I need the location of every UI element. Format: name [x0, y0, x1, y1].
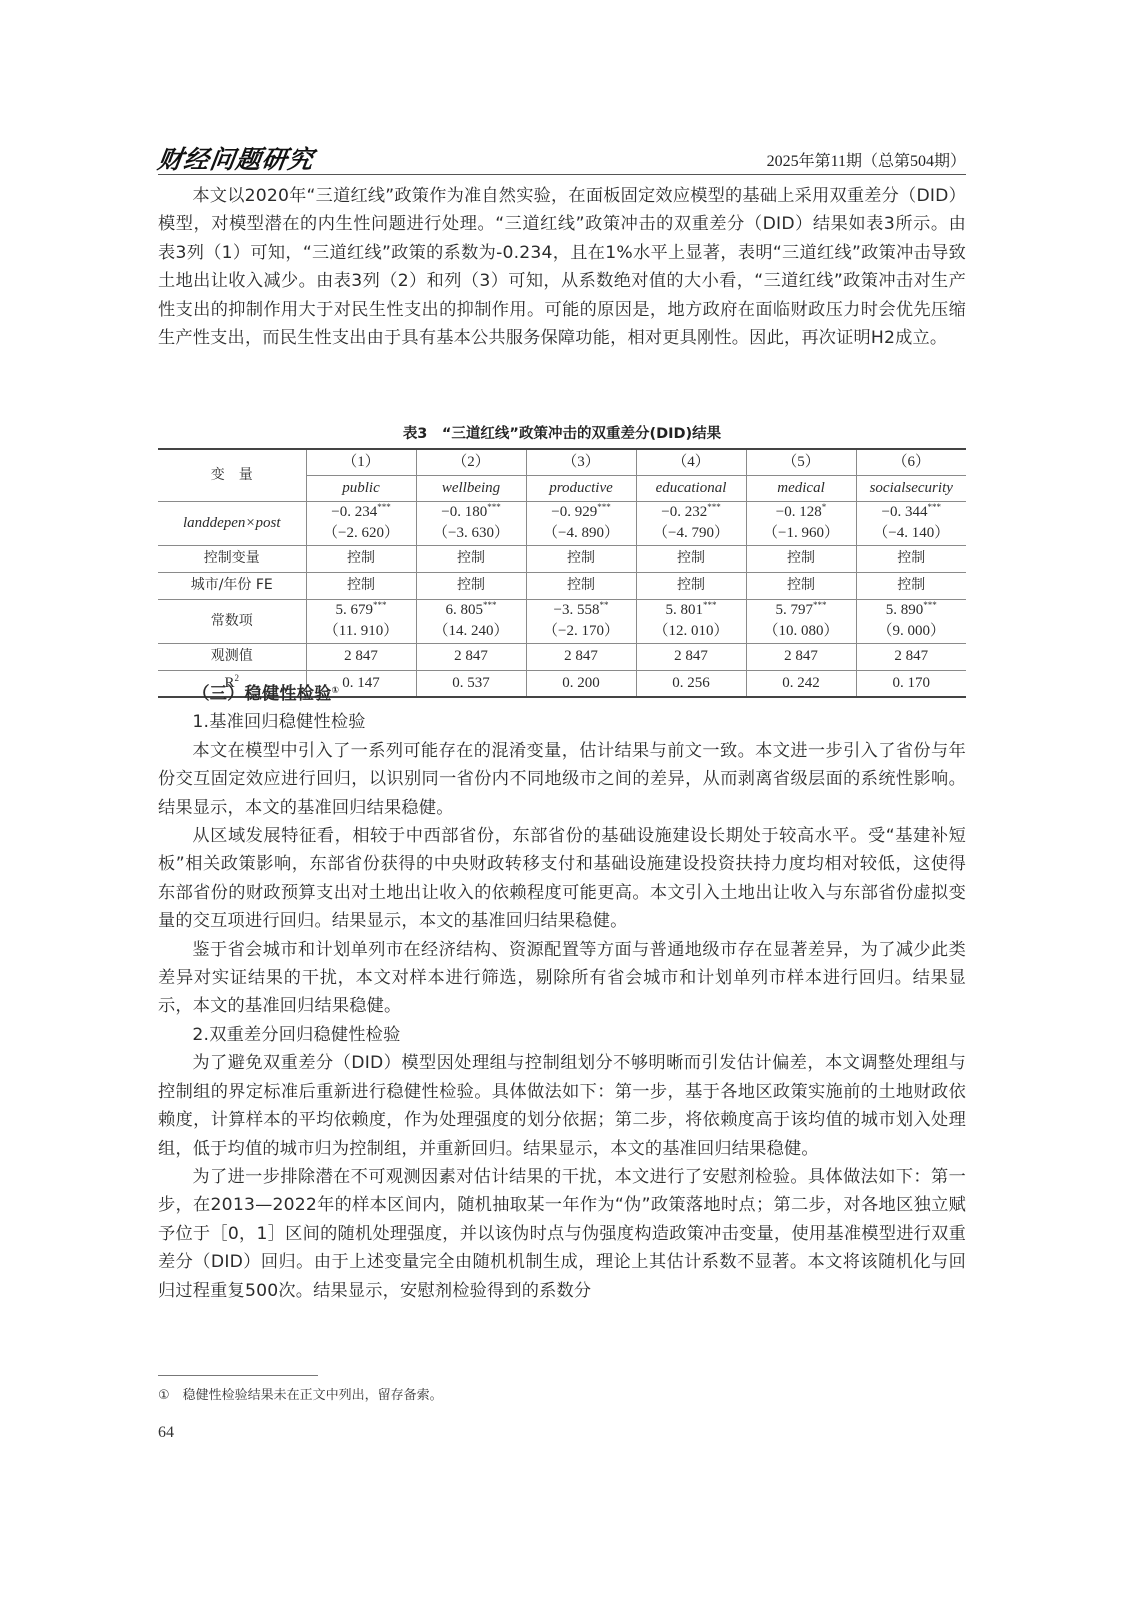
intro-section: 本文以2020年“三道红线”政策作为准自然实验，在面板固定效应模型的基础上采用双… [158, 182, 966, 352]
table-cell: −0. 929***（−4. 890） [526, 501, 636, 545]
table-title: 表3 “三道红线”政策冲击的双重差分(DID)结果 [158, 422, 966, 443]
issue-info: 2025年第11期（总第504期） [767, 148, 966, 171]
section-heading: （三）稳健性检验① [158, 680, 966, 708]
table-cell: −0. 180***（−3. 630） [416, 501, 526, 545]
paragraph: 鉴于省会城市和计划单列市在经济结构、资源配置等方面与普通地级市存在显著差异，为了… [158, 936, 966, 1021]
table-cell: 5. 679***（11. 910） [306, 599, 416, 643]
footnote-divider [158, 1375, 318, 1376]
paragraph: 从区域发展特征看，相较于中西部省份，东部省份的基础设施建设长期处于较高水平。受“… [158, 822, 966, 936]
table-header-row: 变 量 （1） （2） （3） （4） （5） （6） [158, 449, 966, 475]
table-row-controls: 控制变量 控制 控制 控制 控制 控制 控制 [158, 545, 966, 572]
table-cell: −0. 234***（−2. 620） [306, 501, 416, 545]
table-cell: 5. 801***（12. 010） [636, 599, 746, 643]
paragraph: 为了避免双重差分（DID）模型因处理组与控制组划分不够明晰而引发估计偏差，本文调… [158, 1049, 966, 1163]
robustness-section: （三）稳健性检验① 1.基准回归稳健性检验 本文在模型中引入了一系列可能存在的混… [158, 680, 966, 1305]
table-cell: 5. 890***（9. 000） [856, 599, 966, 643]
row-label: 城市/年份 FE [158, 572, 306, 599]
col-name: productive [526, 475, 636, 501]
subsection-heading-1: 1.基准回归稳健性检验 [158, 708, 966, 736]
col-name: socialsecurity [856, 475, 966, 501]
col-number: （5） [746, 449, 856, 475]
page-number: 64 [158, 1424, 174, 1442]
row-label: 控制变量 [158, 545, 306, 572]
table-cell: 控制 [416, 545, 526, 572]
table-cell: 2 847 [746, 643, 856, 670]
table-cell: 控制 [636, 545, 746, 572]
row-label: 观测值 [158, 643, 306, 670]
col-number: （4） [636, 449, 746, 475]
row-label: landdepen×post [158, 501, 306, 545]
table-cell: 2 847 [526, 643, 636, 670]
col-name: public [306, 475, 416, 501]
table-cell: 控制 [746, 572, 856, 599]
table-cell: 控制 [856, 572, 966, 599]
table-cell: −0. 232***（−4. 790） [636, 501, 746, 545]
col-name: medical [746, 475, 856, 501]
col-number: （2） [416, 449, 526, 475]
subsection-heading-2: 2.双重差分回归稳健性检验 [158, 1021, 966, 1049]
table-cell: 控制 [856, 545, 966, 572]
table-cell: 控制 [746, 545, 856, 572]
var-header: 变 量 [158, 449, 306, 501]
paragraph: 为了进一步排除潜在不可观测因素对估计结果的干扰，本文进行了安慰剂检验。具体做法如… [158, 1163, 966, 1305]
footnote: ① 稳健性检验结果未在正文中列出，留存备索。 [158, 1384, 443, 1403]
footnote-marker[interactable]: ① [332, 686, 340, 696]
table-row-fe: 城市/年份 FE 控制 控制 控制 控制 控制 控制 [158, 572, 966, 599]
table-row-obs: 观测值 2 847 2 847 2 847 2 847 2 847 2 847 [158, 643, 966, 670]
table-cell: 2 847 [856, 643, 966, 670]
table-cell: 控制 [636, 572, 746, 599]
journal-logo: 财经问题研究 [155, 140, 316, 176]
row-label: 常数项 [158, 599, 306, 643]
table-cell: 2 847 [636, 643, 746, 670]
col-number: （3） [526, 449, 636, 475]
table-cell: −3. 558**（−2. 170） [526, 599, 636, 643]
table-cell: −0. 128*（−1. 960） [746, 501, 856, 545]
page-header: 财经问题研究 2025年第11期（总第504期） [158, 140, 966, 175]
col-number: （1） [306, 449, 416, 475]
table-cell: 控制 [526, 572, 636, 599]
table-row-did: landdepen×post −0. 234***（−2. 620） −0. 1… [158, 501, 966, 545]
table-cell: 控制 [306, 572, 416, 599]
table-cell: 2 847 [306, 643, 416, 670]
results-table: 变 量 （1） （2） （3） （4） （5） （6） public wellb… [158, 448, 966, 698]
table-cell: 5. 797***（10. 080） [746, 599, 856, 643]
col-name: educational [636, 475, 746, 501]
table-cell: −0. 344***（−4. 140） [856, 501, 966, 545]
intro-paragraph: 本文以2020年“三道红线”政策作为准自然实验，在面板固定效应模型的基础上采用双… [158, 182, 966, 352]
col-number: （6） [856, 449, 966, 475]
col-name: wellbeing [416, 475, 526, 501]
table-cell: 控制 [526, 545, 636, 572]
paragraph: 本文在模型中引入了一系列可能存在的混淆变量，估计结果与前文一致。本文进一步引入了… [158, 737, 966, 822]
table-cell: 2 847 [416, 643, 526, 670]
table-row-const: 常数项 5. 679***（11. 910） 6. 805***（14. 240… [158, 599, 966, 643]
table-cell: 6. 805***（14. 240） [416, 599, 526, 643]
table-cell: 控制 [416, 572, 526, 599]
table-cell: 控制 [306, 545, 416, 572]
